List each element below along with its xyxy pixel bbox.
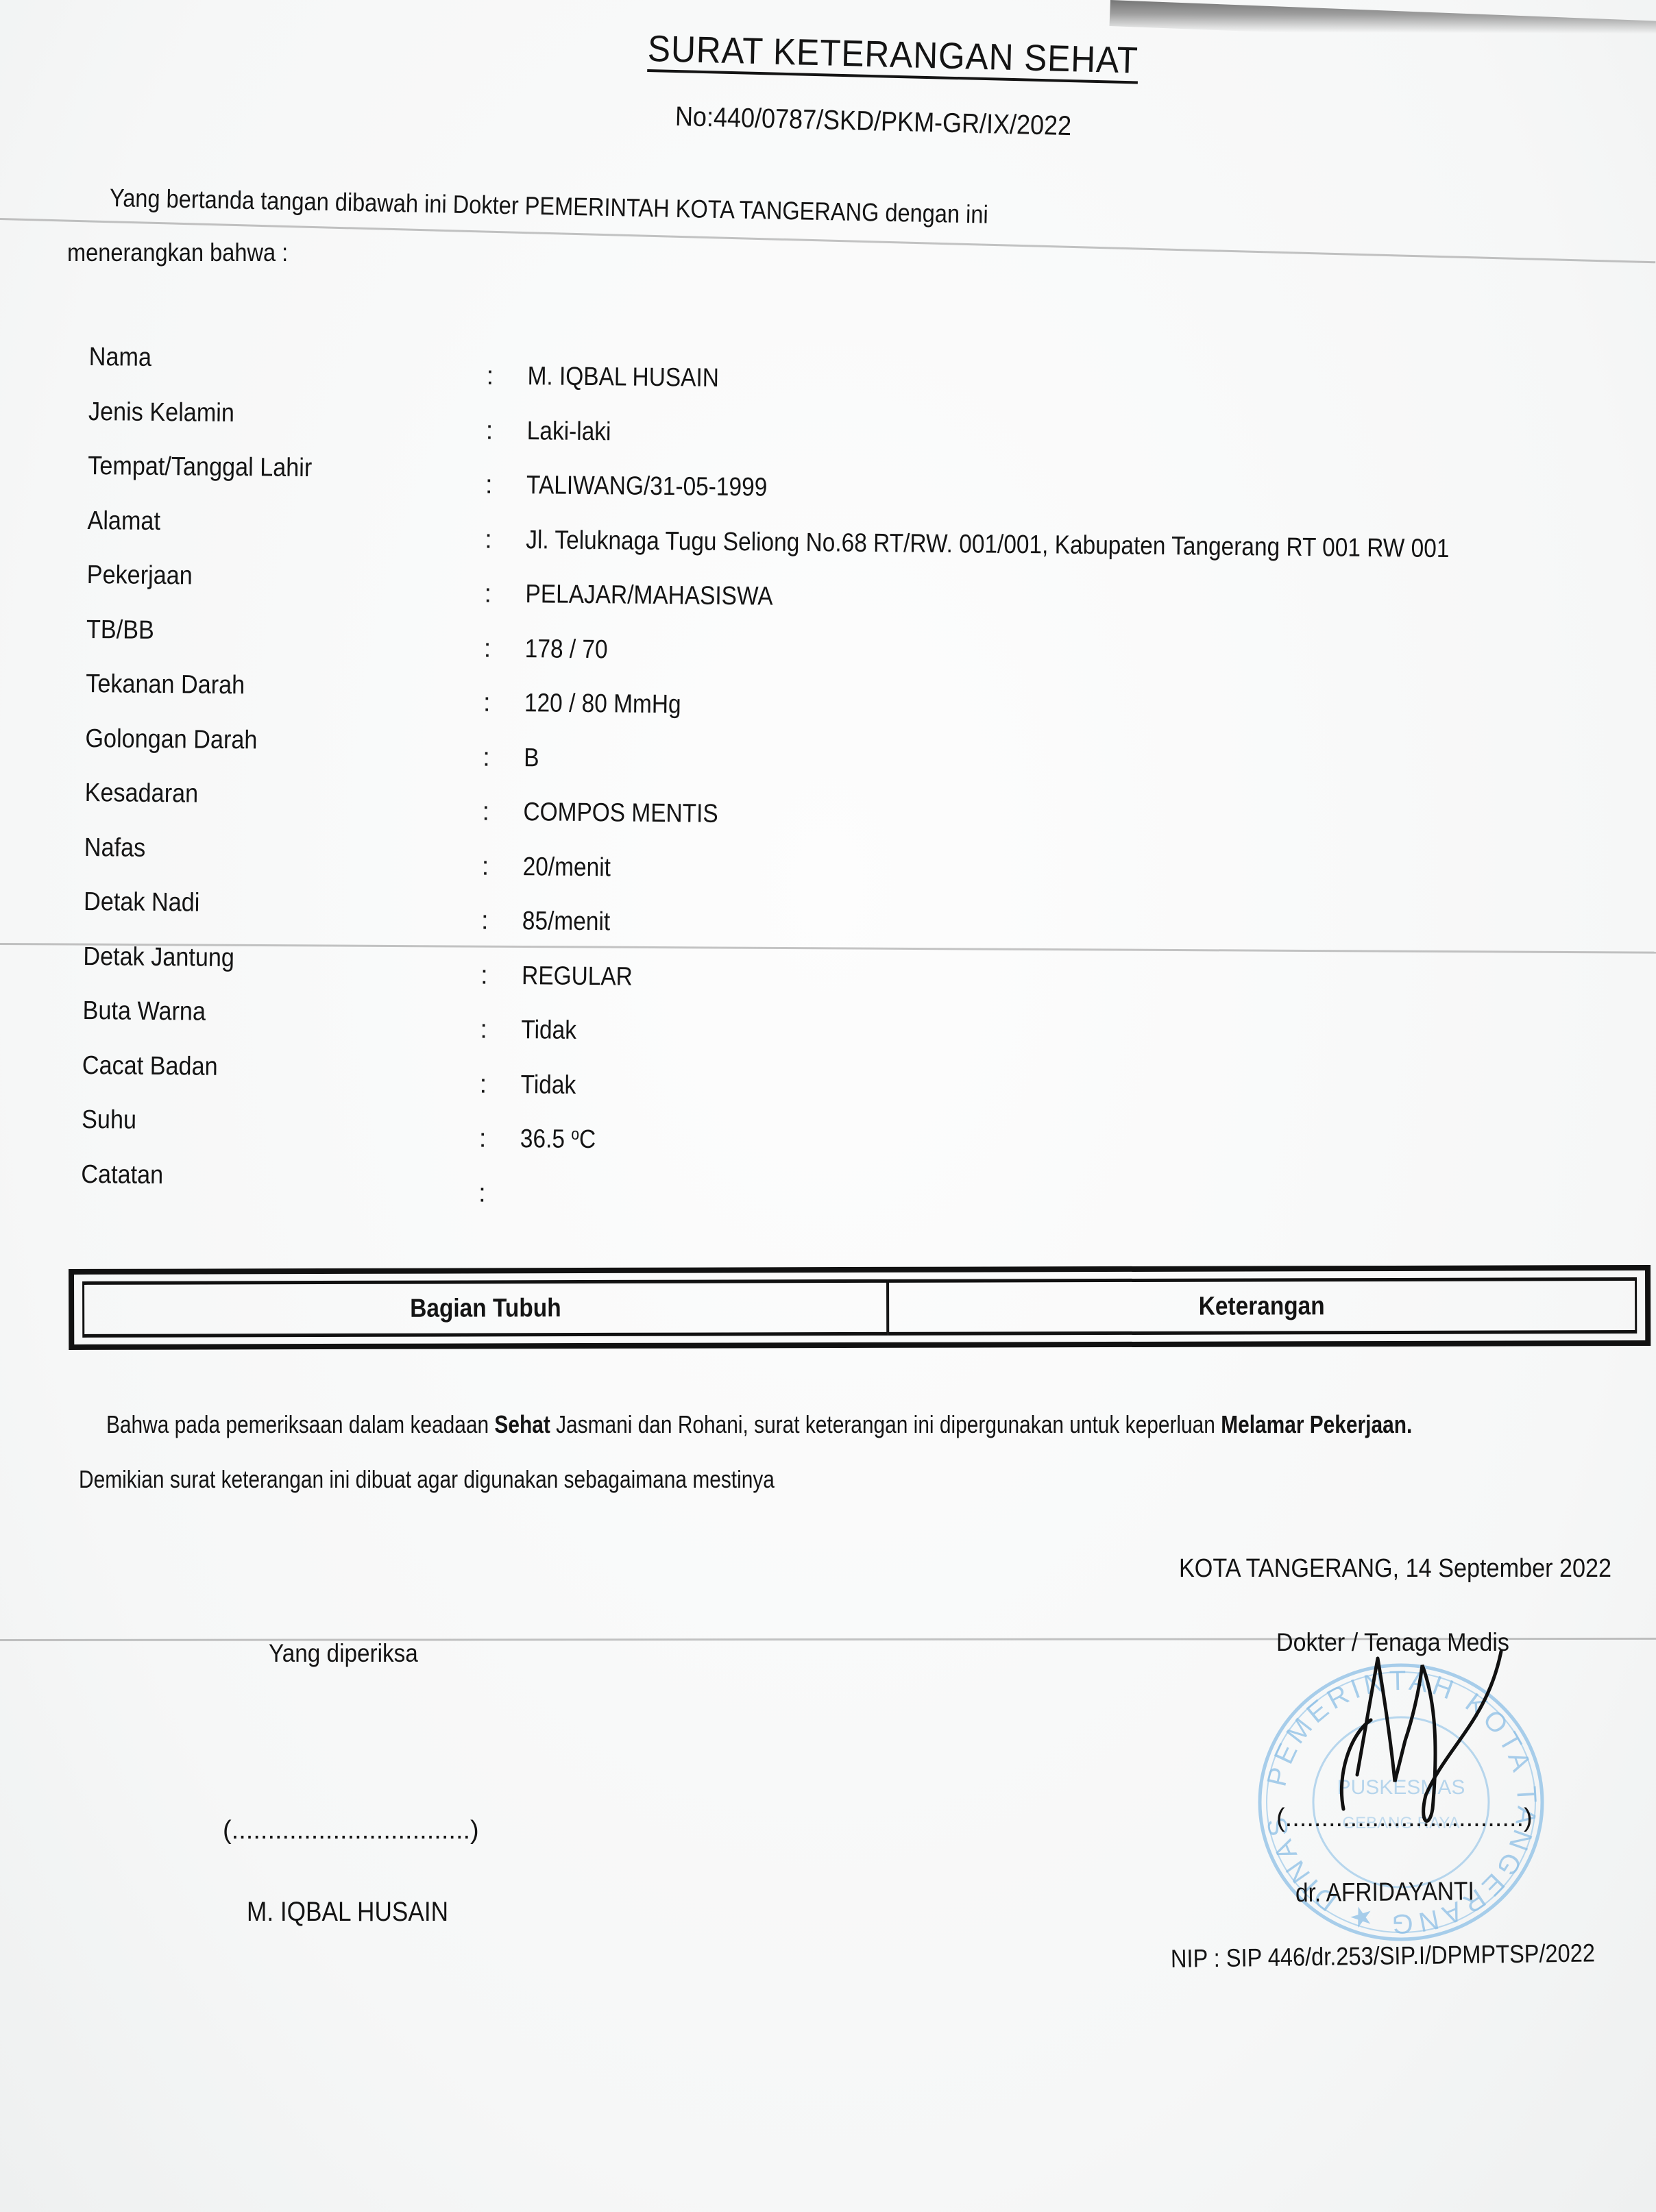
column-header-keterangan: Keterangan [888,1277,1637,1336]
field-colon: : [482,798,489,827]
closing-statement: Demikian surat keterangan ini dibuat aga… [79,1465,775,1494]
field-label: TB/BB [86,615,154,645]
doctor-name: dr. AFRIDAYANTI [1295,1877,1474,1908]
statement-bold-purpose: Melamar Pekerjaan. [1221,1410,1412,1438]
field-colon: : [484,634,491,663]
field-colon: : [485,525,492,554]
field-colon: : [483,689,491,718]
statement-text: Jasmani dan Rohani, surat keterangan ini… [550,1410,1221,1438]
field-value: REGULAR [522,961,633,992]
health-statement: Bahwa pada pemeriksaan dalam keadaan Seh… [106,1410,1412,1439]
field-value: PELAJAR/MAHASISWA [525,580,773,611]
patient-details: Nama : M. IQBAL HUSAIN Jenis Kelamin : L… [81,343,1597,1229]
field-label: Alamat [87,506,160,536]
statement-text: Bahwa pada pemeriksaan dalam keadaan [106,1410,494,1438]
field-label: Detak Nadi [84,887,200,918]
temperature-value: 36.5 [520,1125,565,1154]
field-colon: : [486,416,494,445]
field-label: Kesadaran [84,778,198,809]
temperature-unit: C [579,1125,596,1154]
field-value: Jl. Teluknaga Tugu Seliong No.68 RT/RW. … [526,526,1450,564]
field-colon: : [481,852,489,881]
field-value: 20/menit [522,852,611,883]
statement-bold-sehat: Sehat [494,1410,550,1438]
field-label: Golongan Darah [85,724,257,754]
field-label: Tekanan Darah [86,669,245,700]
field-value: Tidak [521,1016,576,1046]
degree-symbol: o [571,1125,579,1144]
field-label: Nama [89,343,152,373]
field-label: Pekerjaan [87,561,193,591]
field-colon: : [479,1125,487,1154]
field-colon: : [485,471,493,500]
field-value: 36.5 oC [520,1125,596,1155]
field-colon: : [480,961,488,990]
field-label: Tempat/Tanggal Lahir [88,452,312,483]
patient-signature-role: Yang diperiksa [269,1639,418,1668]
field-value: B [524,744,539,773]
exam-table-header-row: Bagian Tubuh Keterangan [82,1277,1637,1338]
field-label: Nafas [84,833,146,863]
field-label: Catatan [81,1159,163,1190]
field-value: COMPOS MENTIS [523,798,718,829]
field-label: Suhu [82,1105,136,1135]
field-colon: : [480,1016,487,1045]
field-value: 85/menit [522,907,611,937]
field-colon: : [479,1070,487,1099]
field-value: 120 / 80 MmHg [524,689,681,720]
field-value: M. IQBAL HUSAIN [527,362,719,393]
field-colon: : [478,1179,486,1208]
field-label: Buta Warna [82,996,206,1027]
field-label: Jenis Kelamin [88,397,234,428]
field-value: TALIWANG/31-05-1999 [526,471,768,502]
field-value: Tidak [520,1070,576,1101]
patient-name: M. IQBAL HUSAIN [247,1897,448,1928]
field-colon: : [483,743,490,772]
field-label: Detak Jantung [83,942,234,972]
intro-line-2: menerangkan bahwa : [67,238,288,267]
field-value: Laki-laki [527,417,611,447]
field-label: Cacat Badan [82,1050,218,1081]
field-colon: : [484,580,491,609]
doctor-license-number: NIP : SIP 446/dr.253/SIP.I/DPMPTSP/2022 [1171,1939,1596,1974]
field-value: 178 / 70 [525,635,608,665]
patient-signature-line: (.................................) [223,1816,479,1845]
field-colon: : [486,362,494,391]
doctor-signature-line: (.................................) [1276,1804,1533,1833]
column-header-bagian-tubuh: Bagian Tubuh [82,1279,888,1338]
field-colon: : [481,907,489,936]
place-and-date: KOTA TANGERANG, 14 September 2022 [1179,1554,1611,1584]
exam-table: Bagian Tubuh Keterangan [69,1265,1651,1350]
